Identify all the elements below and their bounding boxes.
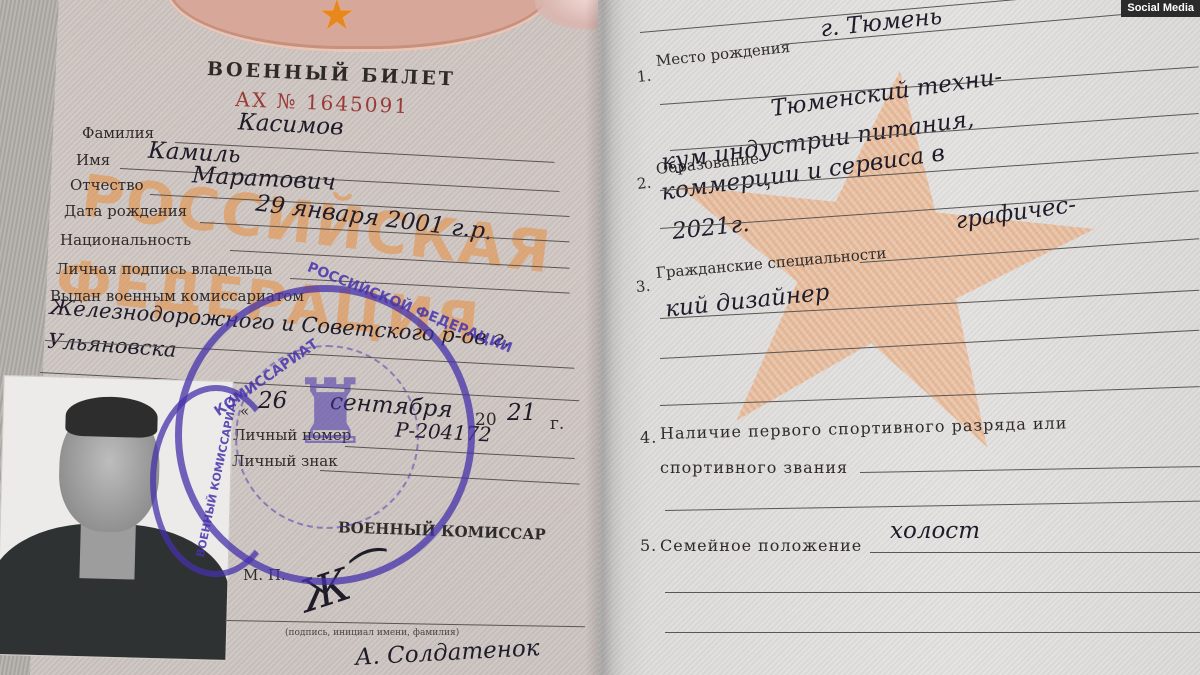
rule xyxy=(665,592,1200,593)
label-sports-number: 4. xyxy=(640,428,658,447)
label-patronymic: Отчество xyxy=(70,176,144,194)
rule xyxy=(870,552,1200,553)
label-sports-line-2: спортивного звания xyxy=(660,458,848,477)
social-media-badge: Social Media xyxy=(1121,0,1200,17)
label-education-number: 2. xyxy=(636,174,652,193)
label-marital-number: 5. xyxy=(640,536,657,555)
book-spine xyxy=(585,0,625,675)
label-specialty-number: 3. xyxy=(635,277,651,296)
label-birth-date: Дата рождения xyxy=(64,202,187,220)
label-marital-status: Семейное положение xyxy=(660,536,862,555)
star-icon: ★ xyxy=(318,0,356,36)
label-owner-signature: Личная подпись владельца xyxy=(56,260,273,278)
value-surname: Касимов xyxy=(237,109,344,140)
label-first-name: Имя xyxy=(76,151,110,169)
label-nationality: Национальность xyxy=(60,231,191,249)
label-surname: Фамилия xyxy=(82,124,154,142)
issue-year-suffix: 21 xyxy=(507,400,536,426)
rule xyxy=(665,632,1200,633)
label-birthplace: 1. xyxy=(636,67,652,86)
signature-caption: (подпись, инициал имени, фамилия) xyxy=(285,628,459,638)
hair xyxy=(65,396,158,438)
issue-year-unit: г. xyxy=(550,414,564,434)
value-marital-status: холост xyxy=(890,518,980,544)
eagle-emblem-icon: ♜ xyxy=(290,360,371,465)
